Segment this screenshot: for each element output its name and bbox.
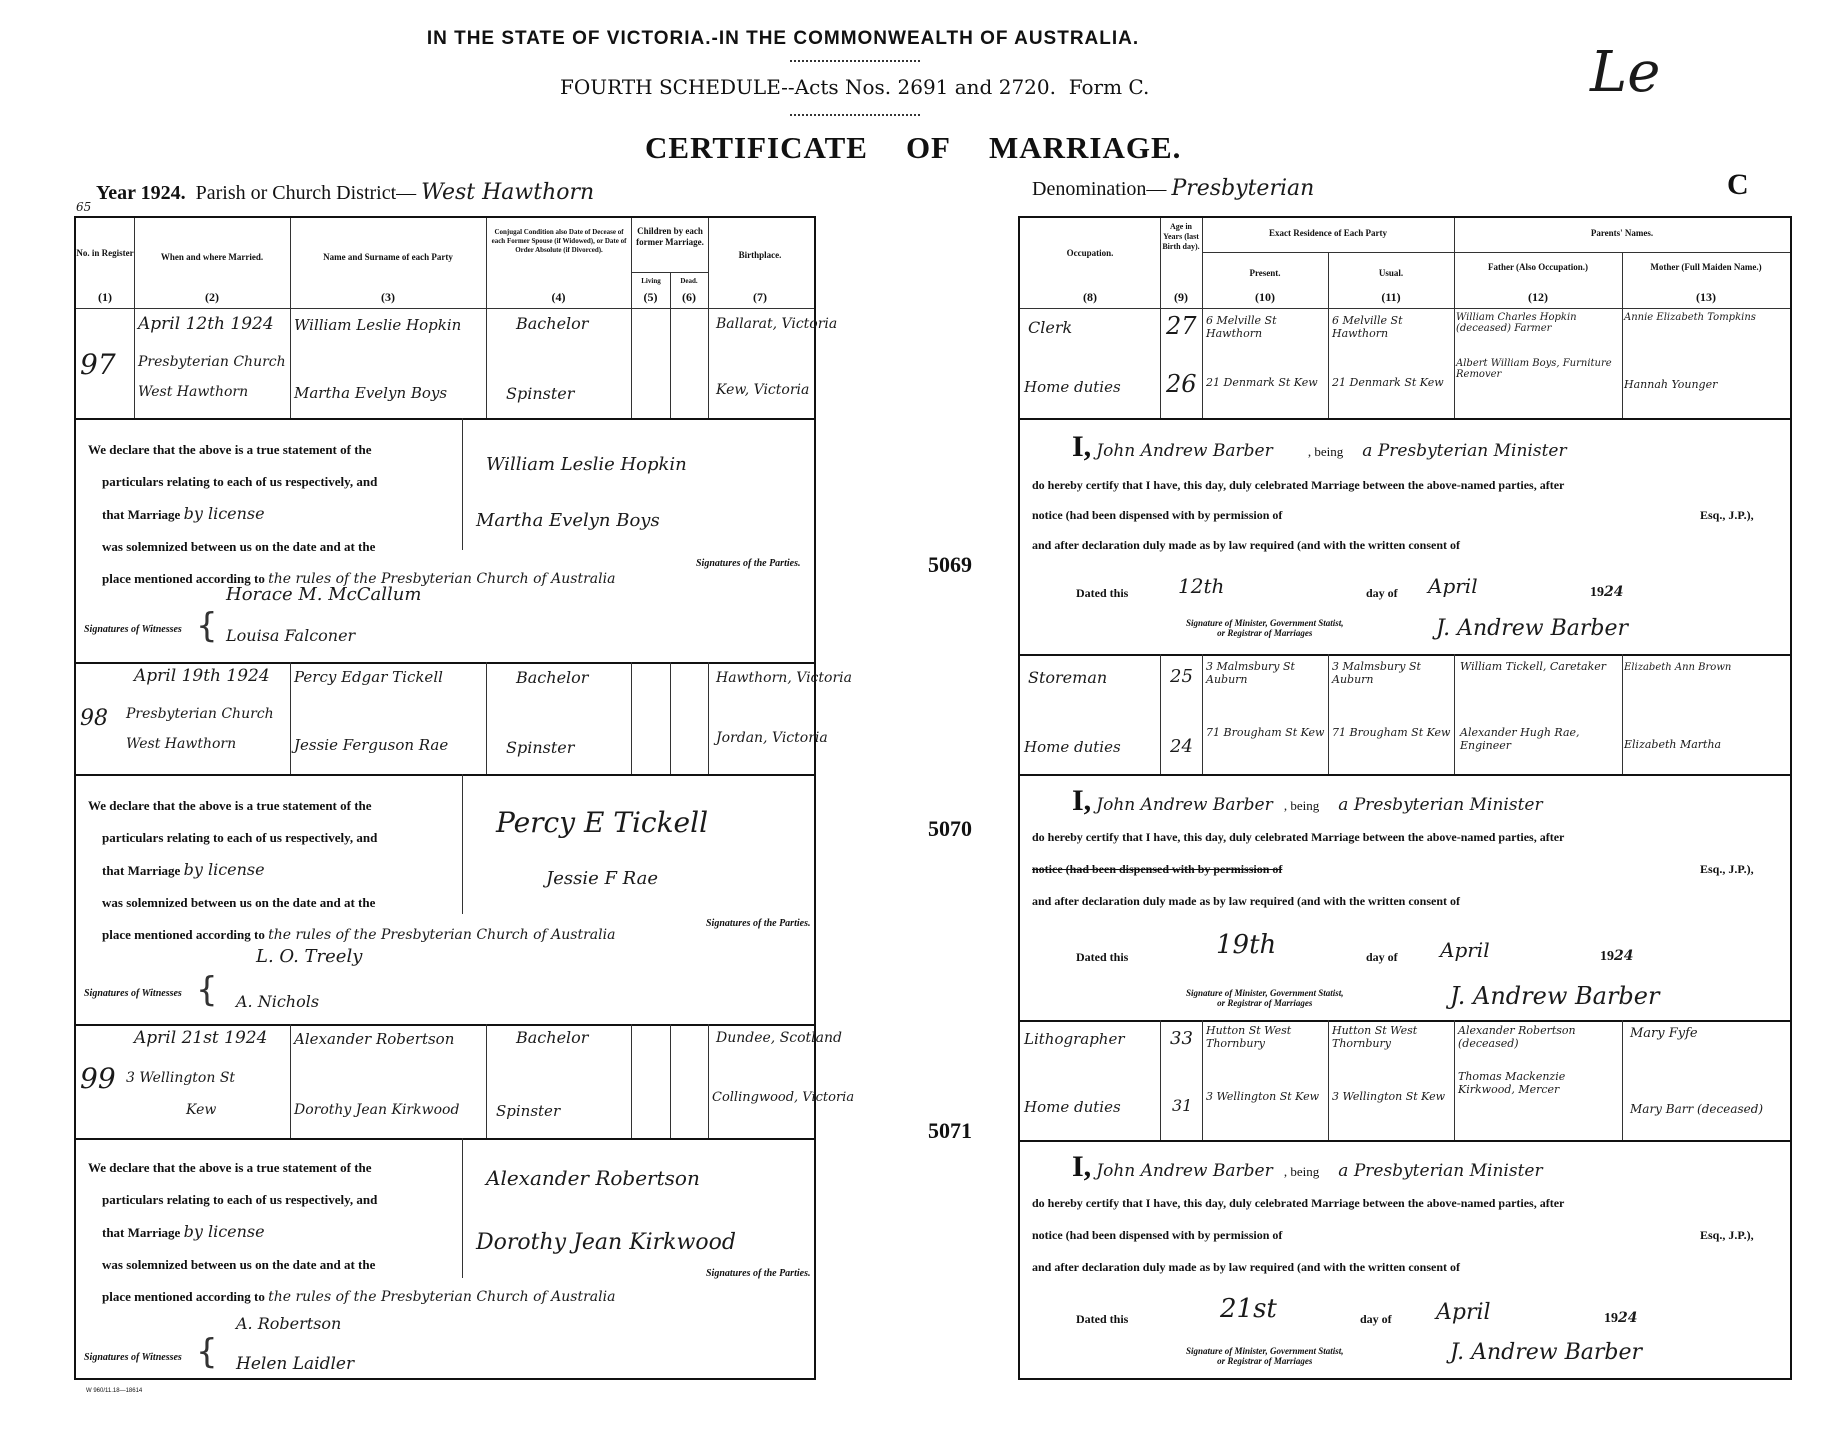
col-num: (12): [1454, 290, 1622, 305]
right-register-panel: Occupation. Age in Years (last Birth day…: [1018, 216, 1792, 1380]
brace: {: [196, 606, 218, 646]
minister-signature-label: Signature of Minister, Government Statis…: [1186, 1346, 1344, 1366]
groom-present-residence: 6 Melville St Hawthorn: [1206, 314, 1326, 340]
groom-occupation: Storeman: [1028, 668, 1107, 687]
groom-name: Alexander Robertson: [294, 1030, 454, 1048]
bride-usual-residence: 3 Wellington St Kew: [1332, 1090, 1452, 1103]
marriage-by: by license: [184, 504, 265, 523]
day-of-label: day of: [1366, 950, 1398, 965]
groom-present-residence: 3 Malmsbury St Auburn: [1206, 660, 1326, 686]
bride-age: 24: [1170, 736, 1193, 757]
year-parish-line: Year 1924. Parish or Church District— We…: [96, 180, 594, 205]
bride-present-residence: 21 Denmark St Kew: [1206, 376, 1326, 389]
witness-signature-1: A. Robertson: [236, 1314, 341, 1333]
bride-name: Jessie Ferguson Rae: [294, 736, 448, 754]
certification-text: and after declaration duly made as by la…: [1032, 1260, 1460, 1275]
bride-occupation: Home duties: [1024, 378, 1121, 396]
col-header-usual: Usual.: [1328, 268, 1454, 279]
col-header-register-no: No. in Register: [76, 248, 134, 259]
parties-signature-label: Signatures of the Parties.: [706, 1268, 810, 1279]
day-of-label: day of: [1360, 1312, 1392, 1327]
rites: the rules of the Presbyterian Church of …: [268, 1289, 615, 1305]
bride-present-residence: 3 Wellington St Kew: [1206, 1090, 1326, 1103]
schedule-heading: FOURTH SCHEDULE--Acts Nos. 2691 and 2720…: [560, 75, 1149, 99]
col-num: (2): [134, 290, 290, 305]
minister-signature: J. Andrew Barber: [1450, 982, 1659, 1010]
certification-text: do hereby certify that I have, this day,…: [1032, 1196, 1564, 1211]
minister-role: a Presbyterian Minister: [1338, 795, 1542, 815]
groom-usual-residence: 3 Malmsbury St Auburn: [1332, 660, 1452, 686]
certification-text: Esq., J.P.),: [1700, 508, 1754, 523]
groom-birthplace: Hawthorn, Victoria: [716, 670, 852, 686]
col-num: (13): [1622, 290, 1790, 305]
groom-signature: Percy E Tickell: [496, 806, 708, 839]
col-header-father: Father (Also Occupation.): [1454, 262, 1622, 273]
certification-text: notice (had been dispensed with by permi…: [1032, 862, 1282, 877]
bride-occupation: Home duties: [1024, 738, 1121, 756]
dated-label: Dated this: [1076, 950, 1128, 965]
bride-mother: Mary Barr (deceased): [1630, 1102, 1763, 1116]
groom-mother: Elizabeth Ann Brown: [1624, 662, 1788, 673]
bride-name: Dorothy Jean Kirkwood: [294, 1102, 459, 1118]
minister-certification-line: I, John Andrew Barber , being a Presbyte…: [1072, 784, 1543, 818]
col-num: (6): [670, 290, 708, 305]
col-header-residence: Exact Residence of Each Party: [1202, 228, 1454, 239]
col-header-parents: Parents' Names.: [1454, 228, 1790, 239]
day-of-label: day of: [1366, 586, 1398, 601]
minister-role: a Presbyterian Minister: [1362, 441, 1566, 461]
ornamental-rule: [790, 112, 920, 116]
handwritten-corner-mark: Le: [1590, 40, 1660, 105]
marriage-place-line2: West Hawthorn: [126, 736, 236, 752]
certification-text: Esq., J.P.),: [1700, 1228, 1754, 1243]
register-number: 97: [80, 348, 116, 381]
certification-text: do hereby certify that I have, this day,…: [1032, 478, 1564, 493]
marriage-by: by license: [184, 860, 265, 879]
groom-condition: Bachelor: [516, 314, 588, 333]
brace: {: [196, 1332, 218, 1372]
certification-text: do hereby certify that I have, this day,…: [1032, 830, 1564, 845]
groom-occupation: Clerk: [1028, 318, 1072, 337]
groom-father: William Charles Hopkin (deceased) Farmer: [1456, 312, 1620, 334]
minister-name: John Andrew Barber: [1096, 1161, 1272, 1181]
bride-condition: Spinster: [496, 1102, 560, 1120]
denomination-line: Denomination— Presbyterian: [1032, 176, 1314, 201]
witnesses-label: Signatures of Witnesses: [84, 1352, 182, 1363]
groom-signature: Alexander Robertson: [486, 1166, 700, 1190]
page-mark: 65: [76, 200, 91, 214]
col-header-names: Name and Surname of each Party: [290, 252, 486, 263]
register-number: 99: [80, 1062, 116, 1095]
groom-birthplace: Ballarat, Victoria: [716, 316, 837, 332]
minister-certification-line: I, John Andrew Barber , being a Presbyte…: [1072, 430, 1567, 464]
dated-day: 12th: [1178, 574, 1224, 598]
minister-role: a Presbyterian Minister: [1338, 1161, 1542, 1181]
parish-value: West Hawthorn: [421, 180, 594, 205]
minister-name: John Andrew Barber: [1096, 795, 1272, 815]
certification-text: and after declaration duly made as by la…: [1032, 538, 1460, 553]
col-num: (4): [486, 290, 631, 305]
minister-signature: J. Andrew Barber: [1450, 1340, 1642, 1365]
groom-age: 33: [1170, 1028, 1193, 1049]
certification-text: and after declaration duly made as by la…: [1032, 894, 1460, 909]
bride-condition: Spinster: [506, 738, 574, 757]
bride-mother: Hannah Younger: [1624, 378, 1717, 391]
dated-month: April: [1440, 938, 1490, 962]
bride-mother: Elizabeth Martha: [1624, 738, 1721, 751]
col-num: (3): [290, 290, 486, 305]
col-num: (5): [631, 290, 670, 305]
col-num: (11): [1328, 290, 1454, 305]
denomination-value: Presbyterian: [1171, 176, 1314, 201]
col-header-age: Age in Years (last Birth day).: [1160, 222, 1202, 252]
bride-father: Thomas Mackenzie Kirkwood, Mercer: [1458, 1070, 1620, 1096]
parties-signature-label: Signatures of the Parties.: [706, 918, 810, 929]
bride-father: Alexander Hugh Rae, Engineer: [1460, 726, 1620, 752]
bride-name: Martha Evelyn Boys: [294, 384, 447, 402]
document-title: CERTIFICATEOFMARRIAGE.: [645, 130, 1181, 166]
minister-signature-label: Signature of Minister, Government Statis…: [1186, 988, 1344, 1008]
bride-birthplace: Jordan, Victoria: [716, 730, 828, 746]
registration-number: 5071: [928, 1118, 972, 1144]
bride-usual-residence: 21 Denmark St Kew: [1332, 376, 1452, 389]
groom-occupation: Lithographer: [1024, 1030, 1125, 1048]
col-header-mother: Mother (Full Maiden Name.): [1622, 262, 1790, 273]
bride-father: Albert William Boys, Furniture Remover: [1456, 358, 1620, 380]
bride-signature: Dorothy Jean Kirkwood: [476, 1230, 736, 1255]
bride-usual-residence: 71 Brougham St Kew: [1332, 726, 1452, 739]
groom-father: Alexander Robertson (deceased): [1458, 1024, 1620, 1050]
col-header-present: Present.: [1202, 268, 1328, 279]
bride-age: 31: [1172, 1096, 1192, 1115]
groom-birthplace: Dundee, Scotland: [716, 1030, 842, 1046]
marriage-place-line1: Presbyterian Church: [138, 354, 286, 370]
witnesses-label: Signatures of Witnesses: [84, 624, 182, 635]
marriage-date: April 12th 1924: [138, 314, 274, 334]
dated-year: 1924: [1590, 584, 1623, 601]
col-header-dead: Dead.: [670, 276, 708, 287]
left-register-panel: No. in Register When and where Married. …: [74, 216, 816, 1380]
bride-birthplace: Collingwood, Victoria: [712, 1090, 854, 1105]
minister-certification-line: I, John Andrew Barber , being a Presbyte…: [1072, 1150, 1543, 1184]
marriage-by: by license: [184, 1222, 265, 1241]
rites: the rules of the Presbyterian Church of …: [268, 927, 615, 943]
bride-age: 26: [1166, 370, 1197, 398]
state-heading: IN THE STATE OF VICTORIA.-IN THE COMMONW…: [0, 28, 1846, 50]
col-header-conjugal: Conjugal Condition also Date of Decease …: [488, 228, 630, 255]
groom-mother: Mary Fyfe: [1630, 1026, 1698, 1041]
registration-number: 5069: [928, 552, 972, 578]
dated-month: April: [1428, 574, 1478, 598]
dated-label: Dated this: [1076, 586, 1128, 601]
print-code: W 960/11.18—18614: [86, 1388, 142, 1394]
col-num: (9): [1160, 290, 1202, 305]
groom-age: 27: [1166, 312, 1197, 340]
bride-condition: Spinster: [506, 384, 574, 403]
col-num: (8): [1020, 290, 1160, 305]
col-num: (10): [1202, 290, 1328, 305]
witnesses-label: Signatures of Witnesses: [84, 988, 182, 999]
marriage-place-line1: 3 Wellington St: [126, 1070, 235, 1086]
witness-signature-2: Helen Laidler: [236, 1354, 354, 1374]
register-number: 98: [80, 706, 108, 731]
marriage-date: April 19th 1924: [134, 666, 270, 686]
minister-signature: J. Andrew Barber: [1436, 616, 1628, 641]
dated-day: 21st: [1220, 1294, 1277, 1324]
certification-text: Esq., J.P.),: [1700, 862, 1754, 877]
marriage-place-line2: Kew: [186, 1102, 216, 1118]
col-header-occupation: Occupation.: [1020, 248, 1160, 259]
marriage-place-line2: West Hawthorn: [138, 384, 248, 400]
groom-age: 25: [1170, 666, 1193, 687]
col-header-children: Children by each former Marriage.: [632, 226, 708, 248]
groom-usual-residence: Hutton St West Thornbury: [1332, 1024, 1452, 1050]
groom-condition: Bachelor: [516, 668, 588, 687]
witness-signature-2: Louisa Falconer: [226, 626, 355, 645]
dated-year: 1924: [1604, 1310, 1637, 1327]
witness-signature-1: L. O. Treely: [256, 946, 362, 967]
certification-text: notice (had been dispensed with by permi…: [1032, 1228, 1282, 1243]
col-header-when-where: When and where Married.: [134, 252, 290, 263]
parties-signature-label: Signatures of the Parties.: [696, 558, 800, 569]
groom-present-residence: Hutton St West Thornbury: [1206, 1024, 1326, 1050]
groom-name: William Leslie Hopkin: [294, 316, 461, 334]
dated-day: 19th: [1216, 930, 1276, 960]
col-header-birthplace: Birthplace.: [708, 250, 812, 261]
dated-month: April: [1436, 1300, 1491, 1325]
col-num: (7): [708, 290, 812, 305]
groom-mother: Annie Elizabeth Tompkins: [1624, 312, 1788, 323]
bride-signature: Martha Evelyn Boys: [476, 510, 660, 531]
dated-year: 1924: [1600, 948, 1633, 965]
dated-label: Dated this: [1076, 1312, 1128, 1327]
bride-birthplace: Kew, Victoria: [716, 382, 809, 398]
groom-usual-residence: 6 Melville St Hawthorn: [1332, 314, 1452, 340]
groom-condition: Bachelor: [516, 1028, 588, 1047]
bride-present-residence: 71 Brougham St Kew: [1206, 726, 1326, 739]
witness-signature-1: Horace M. McCallum: [226, 584, 421, 605]
marriage-date: April 21st 1924: [134, 1028, 267, 1048]
bride-occupation: Home duties: [1024, 1098, 1121, 1116]
groom-father: William Tickell, Caretaker: [1460, 660, 1620, 673]
witness-signature-2: A. Nichols: [236, 992, 319, 1011]
brace: {: [196, 970, 218, 1010]
ornamental-rule: [790, 58, 920, 62]
marriage-place-line1: Presbyterian Church: [126, 706, 274, 722]
col-num: (1): [76, 290, 134, 305]
registration-number: 5070: [928, 816, 972, 842]
groom-signature: William Leslie Hopkin: [486, 454, 687, 475]
bride-signature: Jessie F Rae: [546, 868, 658, 889]
minister-signature-label: Signature of Minister, Government Statis…: [1186, 618, 1344, 638]
groom-name: Percy Edgar Tickell: [294, 668, 443, 686]
form-letter: C: [1727, 168, 1749, 202]
certification-text: notice (had been dispensed with by permi…: [1032, 508, 1282, 523]
col-header-living: Living: [632, 276, 670, 287]
minister-name: John Andrew Barber: [1096, 441, 1272, 461]
